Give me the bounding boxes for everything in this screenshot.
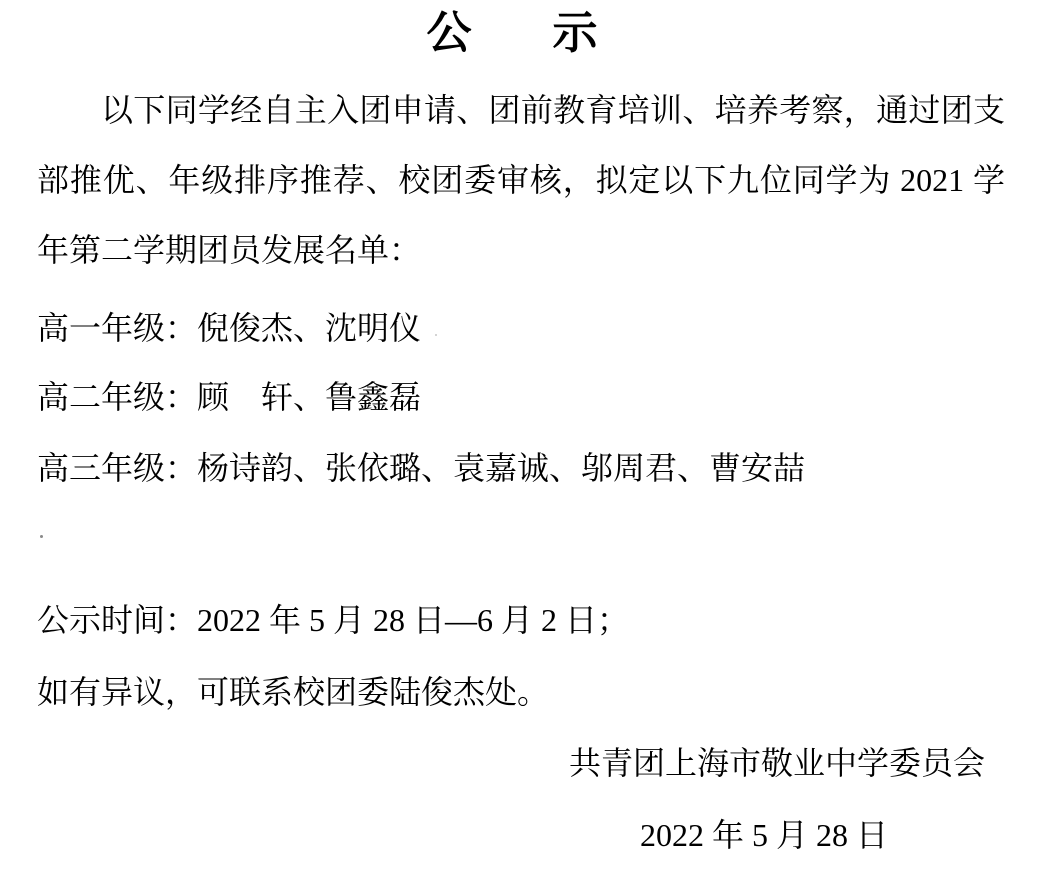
- scan-artifact-dot: [435, 334, 437, 336]
- publicity-period: 公示时间：2022 年 5 月 28 日—6 月 2 日；: [37, 598, 1005, 642]
- page-title: 公 示: [0, 3, 1042, 63]
- intro-paragraph-line-3: 年第二学期团员发展名单：: [37, 228, 1005, 272]
- scan-artifact-dot: [40, 535, 43, 538]
- grade2-name-list: 高二年级：顾 轩、鲁鑫磊: [37, 375, 1005, 419]
- signature-date: 2022 年 5 月 28 日: [640, 813, 888, 857]
- objection-note: 如有异议，可联系校团委陆俊杰处。: [37, 670, 1005, 714]
- grade1-name-list: 高一年级：倪俊杰、沈明仪: [37, 306, 1005, 350]
- grade3-name-list: 高三年级：杨诗韵、张依璐、袁嘉诚、邬周君、曹安喆: [37, 446, 1005, 490]
- intro-paragraph-line-1: 以下同学经自主入团申请、团前教育培训、培养考察，通过团支: [37, 88, 1005, 132]
- intro-paragraph-line-2: 部推优、年级排序推荐、校团委审核，拟定以下九位同学为 2021 学: [37, 158, 1005, 202]
- signature: 共青团上海市敬业中学委员会: [569, 741, 985, 785]
- announcement-document: 公 示 以下同学经自主入团申请、团前教育培训、培养考察，通过团支 部推优、年级排…: [0, 0, 1042, 869]
